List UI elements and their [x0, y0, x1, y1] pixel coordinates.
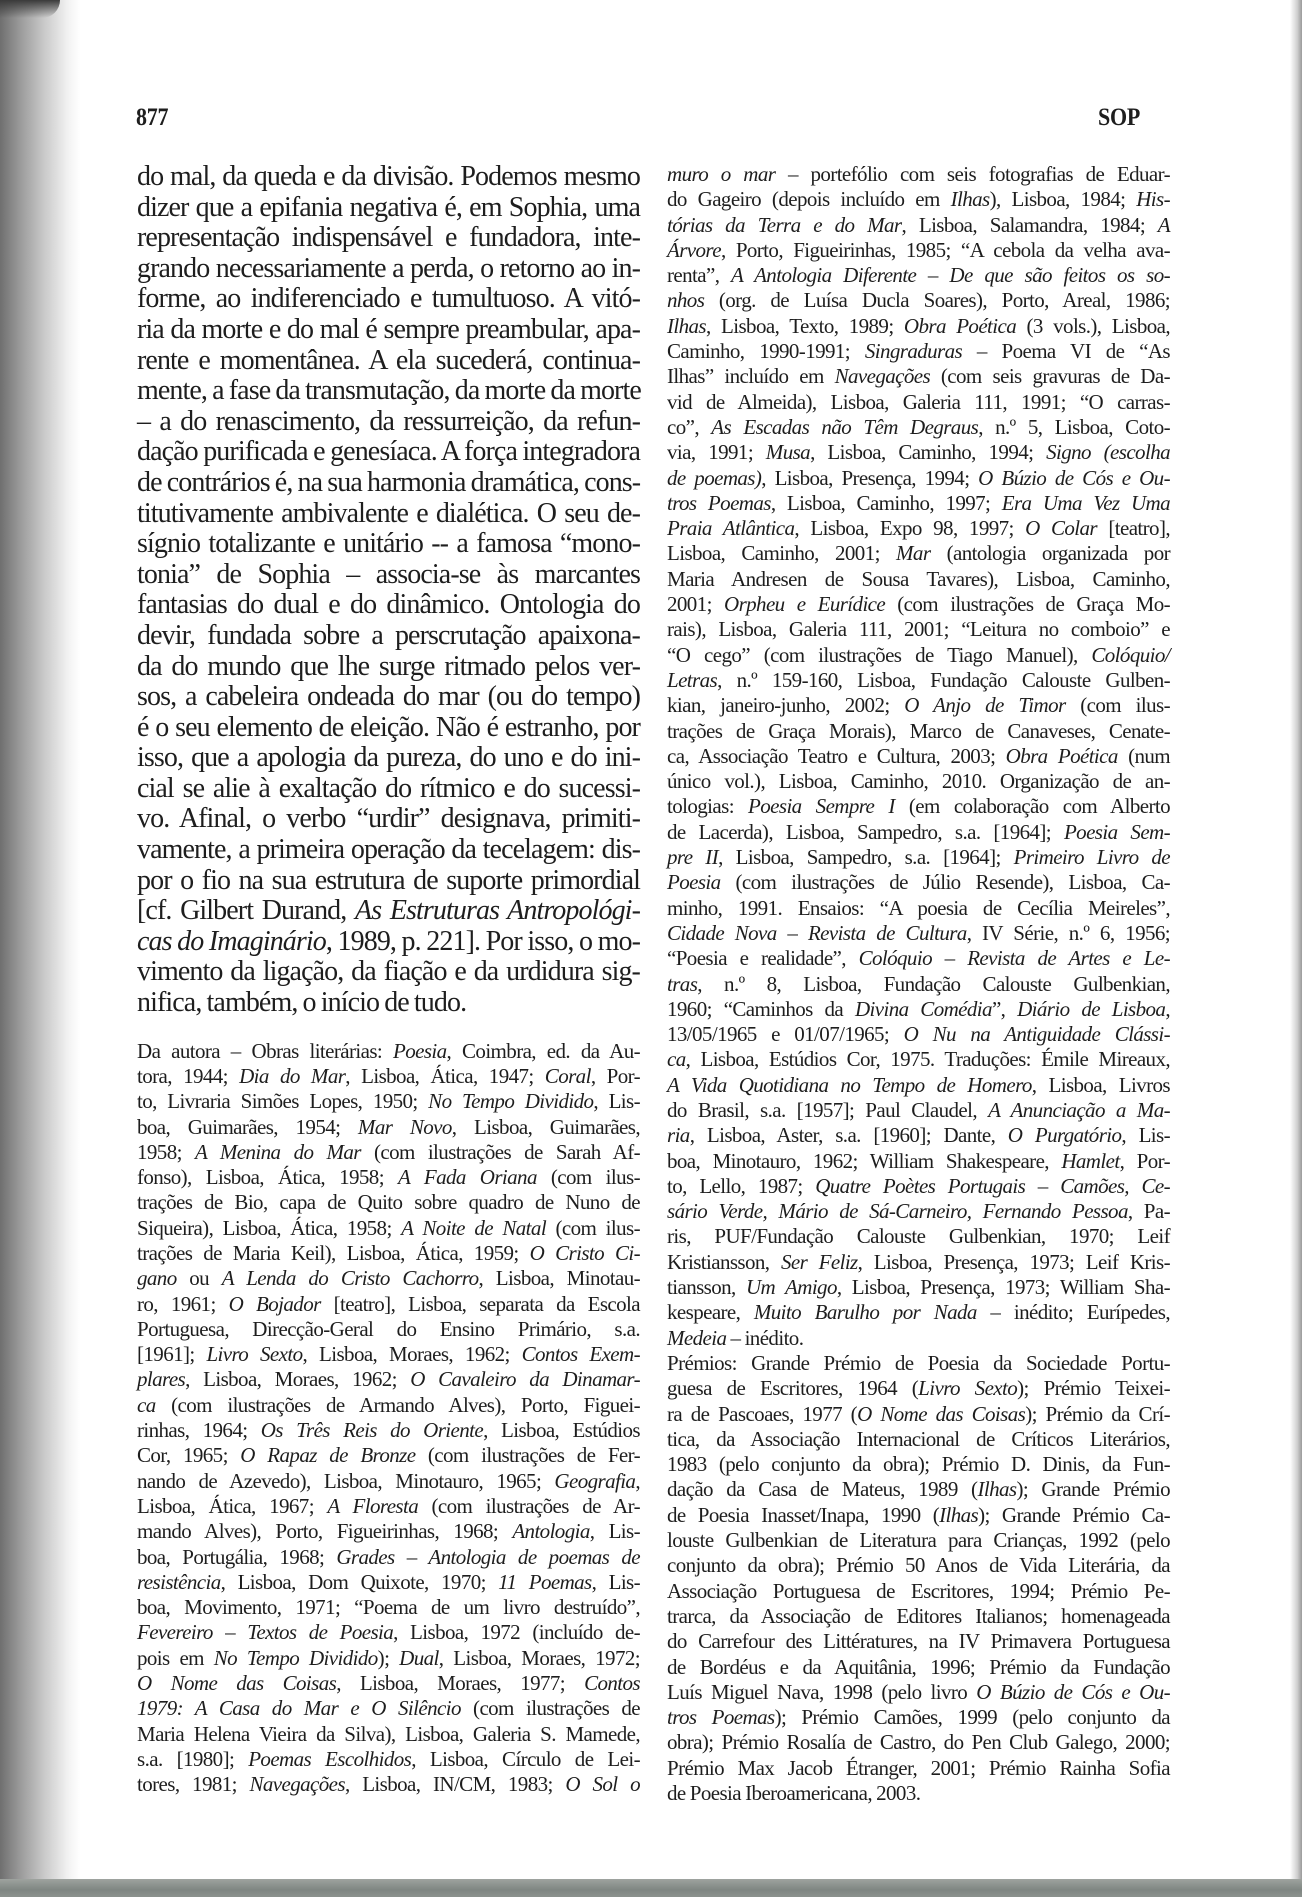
text-line: tórias da Terra e do Mar, Lisboa, Salama… [667, 213, 1170, 238]
text-line: Praia Atlântica, Lisboa, Expo 98, 1997; … [667, 516, 1170, 541]
text-line: forme, ao indiferenciado e tumultuoso. A… [137, 284, 640, 315]
text-line: sos, a cabeleira ondeada do mar (ou do t… [137, 682, 640, 713]
text-line: ria da morte e do mal é sempre preambula… [137, 315, 640, 346]
text-line: renta”, A Antologia Diferente – De que s… [667, 263, 1170, 288]
text-line: co”, As Escadas não Têm Degraus, n.º 5, … [667, 415, 1170, 440]
text-line: Poesia (com ilustrações de Júlio Resende… [667, 870, 1170, 895]
text-line: tologias: Poesia Sempre I (em colaboraçã… [667, 794, 1170, 819]
bibliography-works: Da autora – Obras literárias: Poesia, Co… [137, 1039, 640, 1798]
text-line: resistência, Lisboa, Dom Quixote, 1970; … [137, 1570, 640, 1595]
text-line: louste Gulbenkian de Literatura para Cri… [667, 1528, 1170, 1553]
text-line: trações de Bio, capa de Quito sobre quad… [137, 1190, 640, 1215]
text-line: tras, n.º 8, Lisboa, Fundação Calouste G… [667, 972, 1170, 997]
text-line: sário Verde, Mário de Sá-Carneiro, Ferna… [667, 1199, 1170, 1224]
text-line: Árvore, Porto, Figueirinhas, 1985; “A ce… [667, 238, 1170, 263]
text-line: [cf. Gilbert Durand, As Estruturas Antro… [137, 896, 640, 927]
text-line: kian, janeiro-junho, 2002; O Anjo de Tim… [667, 693, 1170, 718]
text-line: pois em No Tempo Dividido); Dual, Lisboa… [137, 1646, 640, 1671]
text-line: rais), Lisboa, Galeria 111, 2001; “Leitu… [667, 617, 1170, 642]
text-line: tiansson, Um Amigo, Lisboa, Presença, 19… [667, 1275, 1170, 1300]
text-line: trações de Graça Morais), Marco de Canav… [667, 719, 1170, 744]
text-line: de Poesia Inasset/Inapa, 1990 (Ilhas); G… [667, 1503, 1170, 1528]
text-line: Maria Helena Vieira da Silva), Lisboa, G… [137, 1722, 640, 1747]
text-line: devir, fundada sobre a perscrutação apai… [137, 621, 640, 652]
text-line: do mal, da queda e da divisão. Podemos m… [137, 162, 640, 193]
text-line: nifica, também, o início de tudo. [137, 988, 640, 1019]
book-spine-shadow [0, 0, 80, 1897]
text-line: boa, Movimento, 1971; “Poema de um livro… [137, 1595, 640, 1620]
text-line: vimento da ligação, da fiação e da urdid… [137, 957, 640, 988]
text-line: O Nome das Coisas, Lisboa, Moraes, 1977;… [137, 1671, 640, 1696]
text-line: trações de Maria Keil), Lisboa, Ática, 1… [137, 1241, 640, 1266]
text-line: pre II, Lisboa, Sampedro, s.a. [1964]; P… [667, 845, 1170, 870]
text-line: da do mundo que lhe surge ritmado pelos … [137, 652, 640, 683]
text-line: Cidade Nova – Revista de Cultura, IV Sér… [667, 921, 1170, 946]
text-line: gano ou A Lenda do Cristo Cachorro, Lisb… [137, 1266, 640, 1291]
text-line: Da autora – Obras literárias: Poesia, Co… [137, 1039, 640, 1064]
text-line: plares, Lisboa, Moraes, 1962; O Cavaleir… [137, 1367, 640, 1392]
text-line: 1983 (pelo conjunto da obra); Prémio D. … [667, 1452, 1170, 1477]
text-line: vid de Almeida), Lisboa, Galeria 111, 19… [667, 390, 1170, 415]
text-line: 1958; A Menina do Mar (com ilustrações d… [137, 1140, 640, 1165]
right-column: muro o mar – portefólio com seis fotogra… [667, 162, 1170, 1806]
text-line: 2001; Orpheu e Eurídice (com ilustrações… [667, 592, 1170, 617]
text-line: Siqueira), Lisboa, Ática, 1958; A Noite … [137, 1216, 640, 1241]
text-line: to, Lello, 1987; Quatre Poètes Portugais… [667, 1174, 1170, 1199]
text-line: A Vida Quotidiana no Tempo de Homero, Li… [667, 1073, 1170, 1098]
text-line: fantasias do dual e do dinâmico. Ontolog… [137, 590, 640, 621]
text-line: tonia” de Sophia – associa-se às marcant… [137, 560, 640, 591]
text-line: ca, Associação Teatro e Cultura, 2003; O… [667, 744, 1170, 769]
text-line: mando Alves), Porto, Figueirinhas, 1968;… [137, 1519, 640, 1544]
text-line: dizer que a epifania negativa é, em Soph… [137, 193, 640, 224]
text-line: vamente, a primeira operação da tecelage… [137, 835, 640, 866]
bibliography-continued: muro o mar – portefólio com seis fotogra… [667, 162, 1170, 1351]
text-line: minho, 1991. Ensaios: “A poesia de Cecíl… [667, 896, 1170, 921]
text-line: guesa de Escritores, 1964 (Livro Sexto);… [667, 1376, 1170, 1401]
text-line: de Bordéus e da Aquitânia, 1996; Prémio … [667, 1655, 1170, 1680]
text-line: ca, Lisboa, Estúdios Cor, 1975. Traduçõe… [667, 1047, 1170, 1072]
text-line: ca (com ilustrações de Armando Alves), P… [137, 1393, 640, 1418]
text-line: ro, 1961; O Bojador [teatro], Lisboa, se… [137, 1292, 640, 1317]
text-line: “Poesia e realidade”, Colóquio – Revista… [667, 946, 1170, 971]
text-line: s.a. [1980]; Poemas Escolhidos, Lisboa, … [137, 1747, 640, 1772]
text-line: [1961]; Livro Sexto, Lisboa, Moraes, 196… [137, 1342, 640, 1367]
text-line: tores, 1981; Navegações, Lisboa, IN/CM, … [137, 1772, 640, 1797]
text-line: conjunto da obra); Prémio 50 Anos de Vid… [667, 1553, 1170, 1578]
text-line: obra); Prémio Rosalía de Castro, do Pen … [667, 1730, 1170, 1755]
text-line: de Lacerda), Lisboa, Sampedro, s.a. [196… [667, 820, 1170, 845]
text-line: cas do Imaginário, 1989, p. 221]. Por is… [137, 927, 640, 958]
text-line: Letras, n.º 159-160, Lisboa, Fundação Ca… [667, 668, 1170, 693]
text-line: ria, Lisboa, Aster, s.a. [1960]; Dante, … [667, 1123, 1170, 1148]
text-line: trarca, da Associação de Editores Italia… [667, 1604, 1170, 1629]
text-line: do Carrefour des Littératures, na IV Pri… [667, 1629, 1170, 1654]
text-line: tora, 1944; Dia do Mar, Lisboa, Ática, 1… [137, 1064, 640, 1089]
text-line: tica, da Associação Internacional de Crí… [667, 1427, 1170, 1452]
text-line: Portuguesa, Direcção-Geral do Ensino Pri… [137, 1317, 640, 1342]
text-line: boa, Guimarães, 1954; Mar Novo, Lisboa, … [137, 1115, 640, 1140]
text-line: Fevereiro – Textos de Poesia, Lisboa, 19… [137, 1620, 640, 1645]
text-line: Medeia – inédito. [667, 1326, 1170, 1351]
text-line: Luís Miguel Nava, 1998 (pelo livro O Búz… [667, 1680, 1170, 1705]
text-line: via, 1991; Musa, Lisboa, Caminho, 1994; … [667, 440, 1170, 465]
text-line: fonso), Lisboa, Ática, 1958; A Fada Oria… [137, 1165, 640, 1190]
text-line: é o seu elemento de eleição. Não é estra… [137, 713, 640, 744]
text-line: Prémios: Grande Prémio de Poesia da Soci… [667, 1351, 1170, 1376]
text-line: Lisboa, Ática, 1967; A Floresta (com ilu… [137, 1494, 640, 1519]
text-line: de poemas), Lisboa, Presença, 1994; O Bú… [667, 466, 1170, 491]
text-line: Ilhas” incluído em Navegações (com seis … [667, 364, 1170, 389]
text-line: kespeare, Muito Barulho por Nada – inédi… [667, 1300, 1170, 1325]
page-right-edge [1290, 0, 1302, 1897]
text-line: 13/05/1965 e 01/07/1965; O Nu na Antigui… [667, 1022, 1170, 1047]
page-corner-shadow [0, 0, 60, 18]
text-line: ris, PUF/Fundação Calouste Gulbenkian, 1… [667, 1224, 1170, 1249]
text-line: único vol.), Lisboa, Caminho, 2010. Orga… [667, 769, 1170, 794]
text-line: – a do renascimento, da ressurreição, da… [137, 407, 640, 438]
text-line: dação da Casa de Mateus, 1989 (Ilhas); G… [667, 1477, 1170, 1502]
text-line: rinhas, 1964; Os Três Reis do Oriente, L… [137, 1418, 640, 1443]
page-number: 877 [136, 104, 168, 132]
text-line: Lisboa, Caminho, 2001; Mar (antologia or… [667, 541, 1170, 566]
text-line: nhos (org. de Luísa Ducla Soares), Porto… [667, 288, 1170, 313]
text-line: vo. Afinal, o verbo “urdir” designava, p… [137, 804, 640, 835]
text-line: rente e momentânea. A ela sucederá, cont… [137, 346, 640, 377]
text-line: 1960; “Caminhos da Divina Comédia”, Diár… [667, 997, 1170, 1022]
section-gap [137, 1019, 640, 1039]
text-line: ra de Pascoaes, 1977 (O Nome das Coisas)… [667, 1402, 1170, 1427]
text-line: isso, que a apologia da pureza, do uno e… [137, 743, 640, 774]
text-line: Caminho, 1990-1991; Singraduras – Poema … [667, 339, 1170, 364]
text-line: Ilhas, Lisboa, Texto, 1989; Obra Poética… [667, 314, 1170, 339]
text-line: do Gageiro (depois incluído em Ilhas), L… [667, 187, 1170, 212]
text-line: grando necessariamente a perda, o retorn… [137, 254, 640, 285]
left-column: do mal, da queda e da divisão. Podemos m… [137, 162, 640, 1798]
text-line: representação indispensável e fundadora,… [137, 223, 640, 254]
text-line: Associação Portuguesa de Escritores, 199… [667, 1579, 1170, 1604]
text-line: mente, a fase da transmutação, da morte … [137, 376, 640, 407]
text-line: muro o mar – portefólio com seis fotogra… [667, 162, 1170, 187]
text-line: do Brasil, s.a. [1957]; Paul Claudel, A … [667, 1098, 1170, 1123]
text-line: titutivamente ambivalente e dialética. O… [137, 499, 640, 530]
text-line: cial se alie à exaltação do rítmico e do… [137, 774, 640, 805]
text-line: Kristiansson, Ser Feliz, Lisboa, Presenç… [667, 1250, 1170, 1275]
running-head: SOP [1098, 104, 1140, 132]
text-line: Maria Andresen de Sousa Tavares), Lisboa… [667, 567, 1170, 592]
text-line: boa, Minotauro, 1962; William Shakespear… [667, 1149, 1170, 1174]
body-paragraph: do mal, da queda e da divisão. Podemos m… [137, 162, 640, 1019]
text-line: boa, Portugália, 1968; Grades – Antologi… [137, 1545, 640, 1570]
text-line: de contrários é, na sua harmonia dramáti… [137, 468, 640, 499]
text-line: 1979: A Casa do Mar e O Silêncio (com il… [137, 1696, 640, 1721]
awards: Prémios: Grande Prémio de Poesia da Soci… [667, 1351, 1170, 1806]
text-line: tros Poemas, Lisboa, Caminho, 1997; Era … [667, 491, 1170, 516]
text-line: Cor, 1965; O Rapaz de Bronze (com ilustr… [137, 1443, 640, 1468]
text-line: Prémio Max Jacob Étranger, 2001; Prémio … [667, 1756, 1170, 1781]
text-line: sígnio totalizante e unitário -- a famos… [137, 529, 640, 560]
text-line: tros Poemas); Prémio Camões, 1999 (pelo … [667, 1705, 1170, 1730]
text-line: to, Livraria Simões Lopes, 1950; No Temp… [137, 1089, 640, 1114]
text-line: de Poesia Iberoamericana, 2003. [667, 1781, 1170, 1806]
page-bottom-edge [0, 1879, 1302, 1897]
text-line: por o fio na sua estrutura de suporte pr… [137, 866, 640, 897]
text-line: “O cego” (com ilustrações de Tiago Manue… [667, 643, 1170, 668]
text-line: dação purificada e genesíaca. A força in… [137, 437, 640, 468]
text-line: nando de Azevedo), Lisboa, Minotauro, 19… [137, 1469, 640, 1494]
